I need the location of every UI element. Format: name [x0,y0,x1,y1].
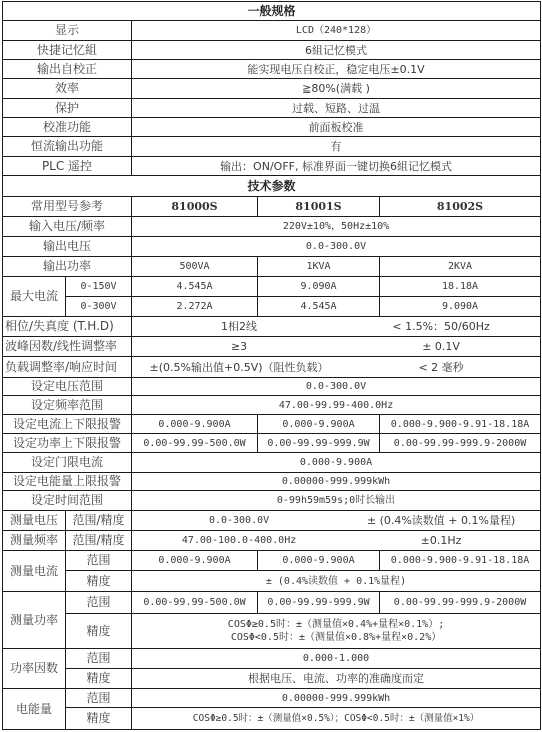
table-row: 输出功率 500VA 1KVA 2KVA [3,257,541,277]
row-value: COSΦ≥0.5时：±（测量值×0.5%）；COSΦ<0.5时：±（测量值×1%… [132,708,541,730]
row-label: 负载调整率/响应时间 [3,357,132,378]
table-row: 波峰因数/线性调整率 ≥3± 0.1V [3,337,541,357]
sub-label: 范围 [66,689,132,708]
cell-value: 0.00-99.99-999.9-2000W [380,434,541,453]
row-value: 0.0-300.0V [132,378,541,396]
row-value: 47.00-100.0-400.0Hz±0.1Hz [132,531,541,551]
phase-left: 1相2线 [134,320,344,333]
general-section-title: 一般规格 [3,2,541,21]
load-left: ±(0.5%输出值+0.5V)（阻性负载） [134,361,344,374]
table-row: 最大电流 0-150V 4.545A 9.090A 18.18A [3,277,541,297]
sub-label: 精度 [66,571,132,592]
row-value: LCD（240*128） [132,21,541,41]
row-label: 快捷记忆組 [3,41,132,60]
table-row: 快捷记忆組 6組记忆模式 [3,41,541,60]
energy-label: 电能量 [3,689,66,730]
table-row: 功率因数 范围 0.000-1.000 [3,649,541,669]
general-header-row: 一般规格 [3,2,541,21]
table-row: 校准功能 前面板校准 [3,118,541,137]
cell-value: 500VA [132,257,258,277]
cell-value: 0.000-9.900A [258,551,380,571]
row-value: ±(0.5%输出值+0.5V)（阻性负载）< 2 毫秒 [132,357,541,378]
row-label: 显示 [3,21,132,41]
row-value: 0.000-9.900A [132,453,541,473]
table-row: 0-300V 2.272A 4.545A 9.090A [3,297,541,317]
row-label: 设定时间范围 [3,491,132,511]
tech-section-title: 技术参数 [3,176,541,197]
cell-value: 2.272A [132,297,258,317]
cell-value: 0.000-9.900A [132,415,258,434]
table-row: 测量频率 范围/精度 47.00-100.0-400.0Hz±0.1Hz [3,531,541,551]
row-value: 前面板校准 [132,118,541,137]
row-label: 校准功能 [3,118,132,137]
row-value: 220V±10%，50Hz±10% [132,217,541,237]
meas-current-label: 测量电流 [3,551,66,592]
cell-value: 0.00-99.99-999.9-2000W [380,592,541,614]
cell-value: 1KVA [258,257,380,277]
row-label: 波峰因数/线性调整率 [3,337,132,357]
model-81001s: 81001S [258,197,380,217]
sub-label: 精度 [66,708,132,730]
cell-value: 0.000-9.900-9.91-18.18A [380,551,541,571]
row-label: 相位/失真度 (T.H.D) [3,317,132,337]
meas-power-accuracy-line2: COSΦ<0.5时：±（测量值×0.8%+量程×0.2%） [134,631,538,644]
model-row: 常用型号参考 81000S 81001S 81002S [3,197,541,217]
row-label: 设定门限电流 [3,453,132,473]
sub-label: 范围/精度 [66,511,132,531]
meas-freq-accuracy: ±0.1Hz [344,534,538,547]
row-value: 过载、短路、过温 [132,99,541,118]
row-label: 输出功率 [3,257,132,277]
row-label: 设定频率范围 [3,396,132,415]
table-row: 精度 根据电压、电流、功率的准确度而定 [3,669,541,689]
table-row: 显示 LCD（240*128） [3,21,541,41]
sub-label: 范围 [66,649,132,669]
table-row: 效率 ≧80%(满载 ) [3,79,541,99]
row-value: 0.00000-999.999kWh [132,689,541,708]
sub-label: 精度 [66,669,132,689]
row-value: 0.0-300.0V [132,237,541,257]
row-value: COSΦ≥0.5时：±（测量值×0.4%+量程×0.1%）; COSΦ<0.5时… [132,614,541,649]
table-row: 电能量 范围 0.00000-999.999kWh [3,689,541,708]
spec-table: 一般规格 显示 LCD（240*128） 快捷记忆組 6組记忆模式 输出自校正 … [2,1,541,730]
meas-power-accuracy-line1: COSΦ≥0.5时：±（测量值×0.4%+量程×0.1%）; [134,618,538,631]
cell-value: 0.00-99.99-500.0W [132,434,258,453]
max-current-label: 最大电流 [3,277,66,317]
table-row: 恒流输出功能 有 [3,137,541,157]
row-label: 恒流输出功能 [3,137,132,157]
cell-value: 0.00-99.99-500.0W [132,592,258,614]
table-row: 测量功率 范围 0.00-99.99-500.0W 0.00-99.99-999… [3,592,541,614]
table-row: 设定电压范围 0.0-300.0V [3,378,541,396]
table-row: 设定时间范围 0-99h59m59s;0时长输出 [3,491,541,511]
table-row: 负载调整率/响应时间 ±(0.5%输出值+0.5V)（阻性负载）< 2 毫秒 [3,357,541,378]
model-81002s: 81002S [380,197,541,217]
table-row: PLC 遥控 输出：ON/OFF, 标准界面一键切换6組记忆模式 [3,157,541,176]
row-value: 输出：ON/OFF, 标准界面一键切换6組记忆模式 [132,157,541,176]
table-row: 测量电流 范围 0.000-9.900A 0.000-9.900A 0.000-… [3,551,541,571]
row-label: 设定功率上下限报警 [3,434,132,453]
sub-label: 精度 [66,614,132,649]
table-row: 精度 ± (0.4%读数值 + 0.1%量程) [3,571,541,592]
row-label: 设定电能量上限报警 [3,473,132,491]
cell-value: 0.00-99.99-999.9W [258,434,380,453]
row-value: ≥3± 0.1V [132,337,541,357]
row-label: PLC 遥控 [3,157,132,176]
cell-value: 18.18A [380,277,541,297]
cell-value: 2KVA [380,257,541,277]
meas-voltage-label: 测量电压 [3,511,66,531]
row-value: 根据电压、电流、功率的准确度而定 [132,669,541,689]
table-row: 设定频率范围 47.00-99.99-400.0Hz [3,396,541,415]
row-label: 保护 [3,99,132,118]
table-row: 输入电压/频率 220V±10%，50Hz±10% [3,217,541,237]
table-row: 精度 COSΦ≥0.5时：±（测量值×0.5%）；COSΦ<0.5时：±（测量值… [3,708,541,730]
row-value: 1相2线< 1.5%：50/60Hz [132,317,541,337]
row-value: 有 [132,137,541,157]
meas-voltage-accuracy: ± (0.4%读数值 + 0.1%量程) [344,514,538,527]
table-row: 测量电压 范围/精度 0.0-300.0V± (0.4%读数值 + 0.1%量程… [3,511,541,531]
crest-left: ≥3 [134,340,344,353]
table-row: 保护 过载、短路、过温 [3,99,541,118]
row-value: 0-99h59m59s;0时长输出 [132,491,541,511]
row-value: ± (0.4%读数值 + 0.1%量程) [132,571,541,592]
tech-header-row: 技术参数 [3,176,541,197]
row-value: 能实现电压自校正，稳定电压±0.1V [132,60,541,79]
table-row: 精度 COSΦ≥0.5时：±（测量值×0.4%+量程×0.1%）; COSΦ<0… [3,614,541,649]
row-value: 0.0-300.0V± (0.4%读数值 + 0.1%量程) [132,511,541,531]
model-label: 常用型号参考 [3,197,132,217]
model-81000s: 81000S [132,197,258,217]
range-label: 0-300V [66,297,132,317]
table-row: 设定电能量上限报警 0.00000-999.999kWh [3,473,541,491]
row-value: 6組记忆模式 [132,41,541,60]
cell-value: 0.000-9.900A [258,415,380,434]
sub-label: 范围 [66,551,132,571]
cell-value: 4.545A [132,277,258,297]
row-value: 0.00000-999.999kWh [132,473,541,491]
phase-right: < 1.5%：50/60Hz [344,320,538,333]
power-factor-label: 功率因数 [3,649,66,689]
cell-value: 0.000-9.900A [132,551,258,571]
sub-label: 范围/精度 [66,531,132,551]
row-value: 47.00-99.99-400.0Hz [132,396,541,415]
table-row: 设定电流上下限报警 0.000-9.900A 0.000-9.900A 0.00… [3,415,541,434]
cell-value: 9.090A [380,297,541,317]
cell-value: 0.000-9.900-9.91-18.18A [380,415,541,434]
cell-value: 4.545A [258,297,380,317]
table-row: 输出自校正 能实现电压自校正，稳定电压±0.1V [3,60,541,79]
meas-freq-range: 47.00-100.0-400.0Hz [134,534,344,547]
table-row: 相位/失真度 (T.H.D) 1相2线< 1.5%：50/60Hz [3,317,541,337]
row-label: 输出自校正 [3,60,132,79]
meas-power-label: 测量功率 [3,592,66,649]
row-value: ≧80%(满载 ) [132,79,541,99]
cell-value: 0.00-99.99-999.9W [258,592,380,614]
meas-freq-label: 测量频率 [3,531,66,551]
table-row: 设定门限电流 0.000-9.900A [3,453,541,473]
crest-right: ± 0.1V [344,340,538,353]
cell-value: 9.090A [258,277,380,297]
load-right: < 2 毫秒 [344,361,538,374]
row-label: 输入电压/频率 [3,217,132,237]
range-label: 0-150V [66,277,132,297]
row-value: 0.000-1.000 [132,649,541,669]
sub-label: 范围 [66,592,132,614]
row-label: 设定电压范围 [3,378,132,396]
row-label: 输出电压 [3,237,132,257]
row-label: 效率 [3,79,132,99]
row-label: 设定电流上下限报警 [3,415,132,434]
meas-voltage-range: 0.0-300.0V [134,514,344,527]
table-row: 设定功率上下限报警 0.00-99.99-500.0W 0.00-99.99-9… [3,434,541,453]
table-row: 输出电压 0.0-300.0V [3,237,541,257]
